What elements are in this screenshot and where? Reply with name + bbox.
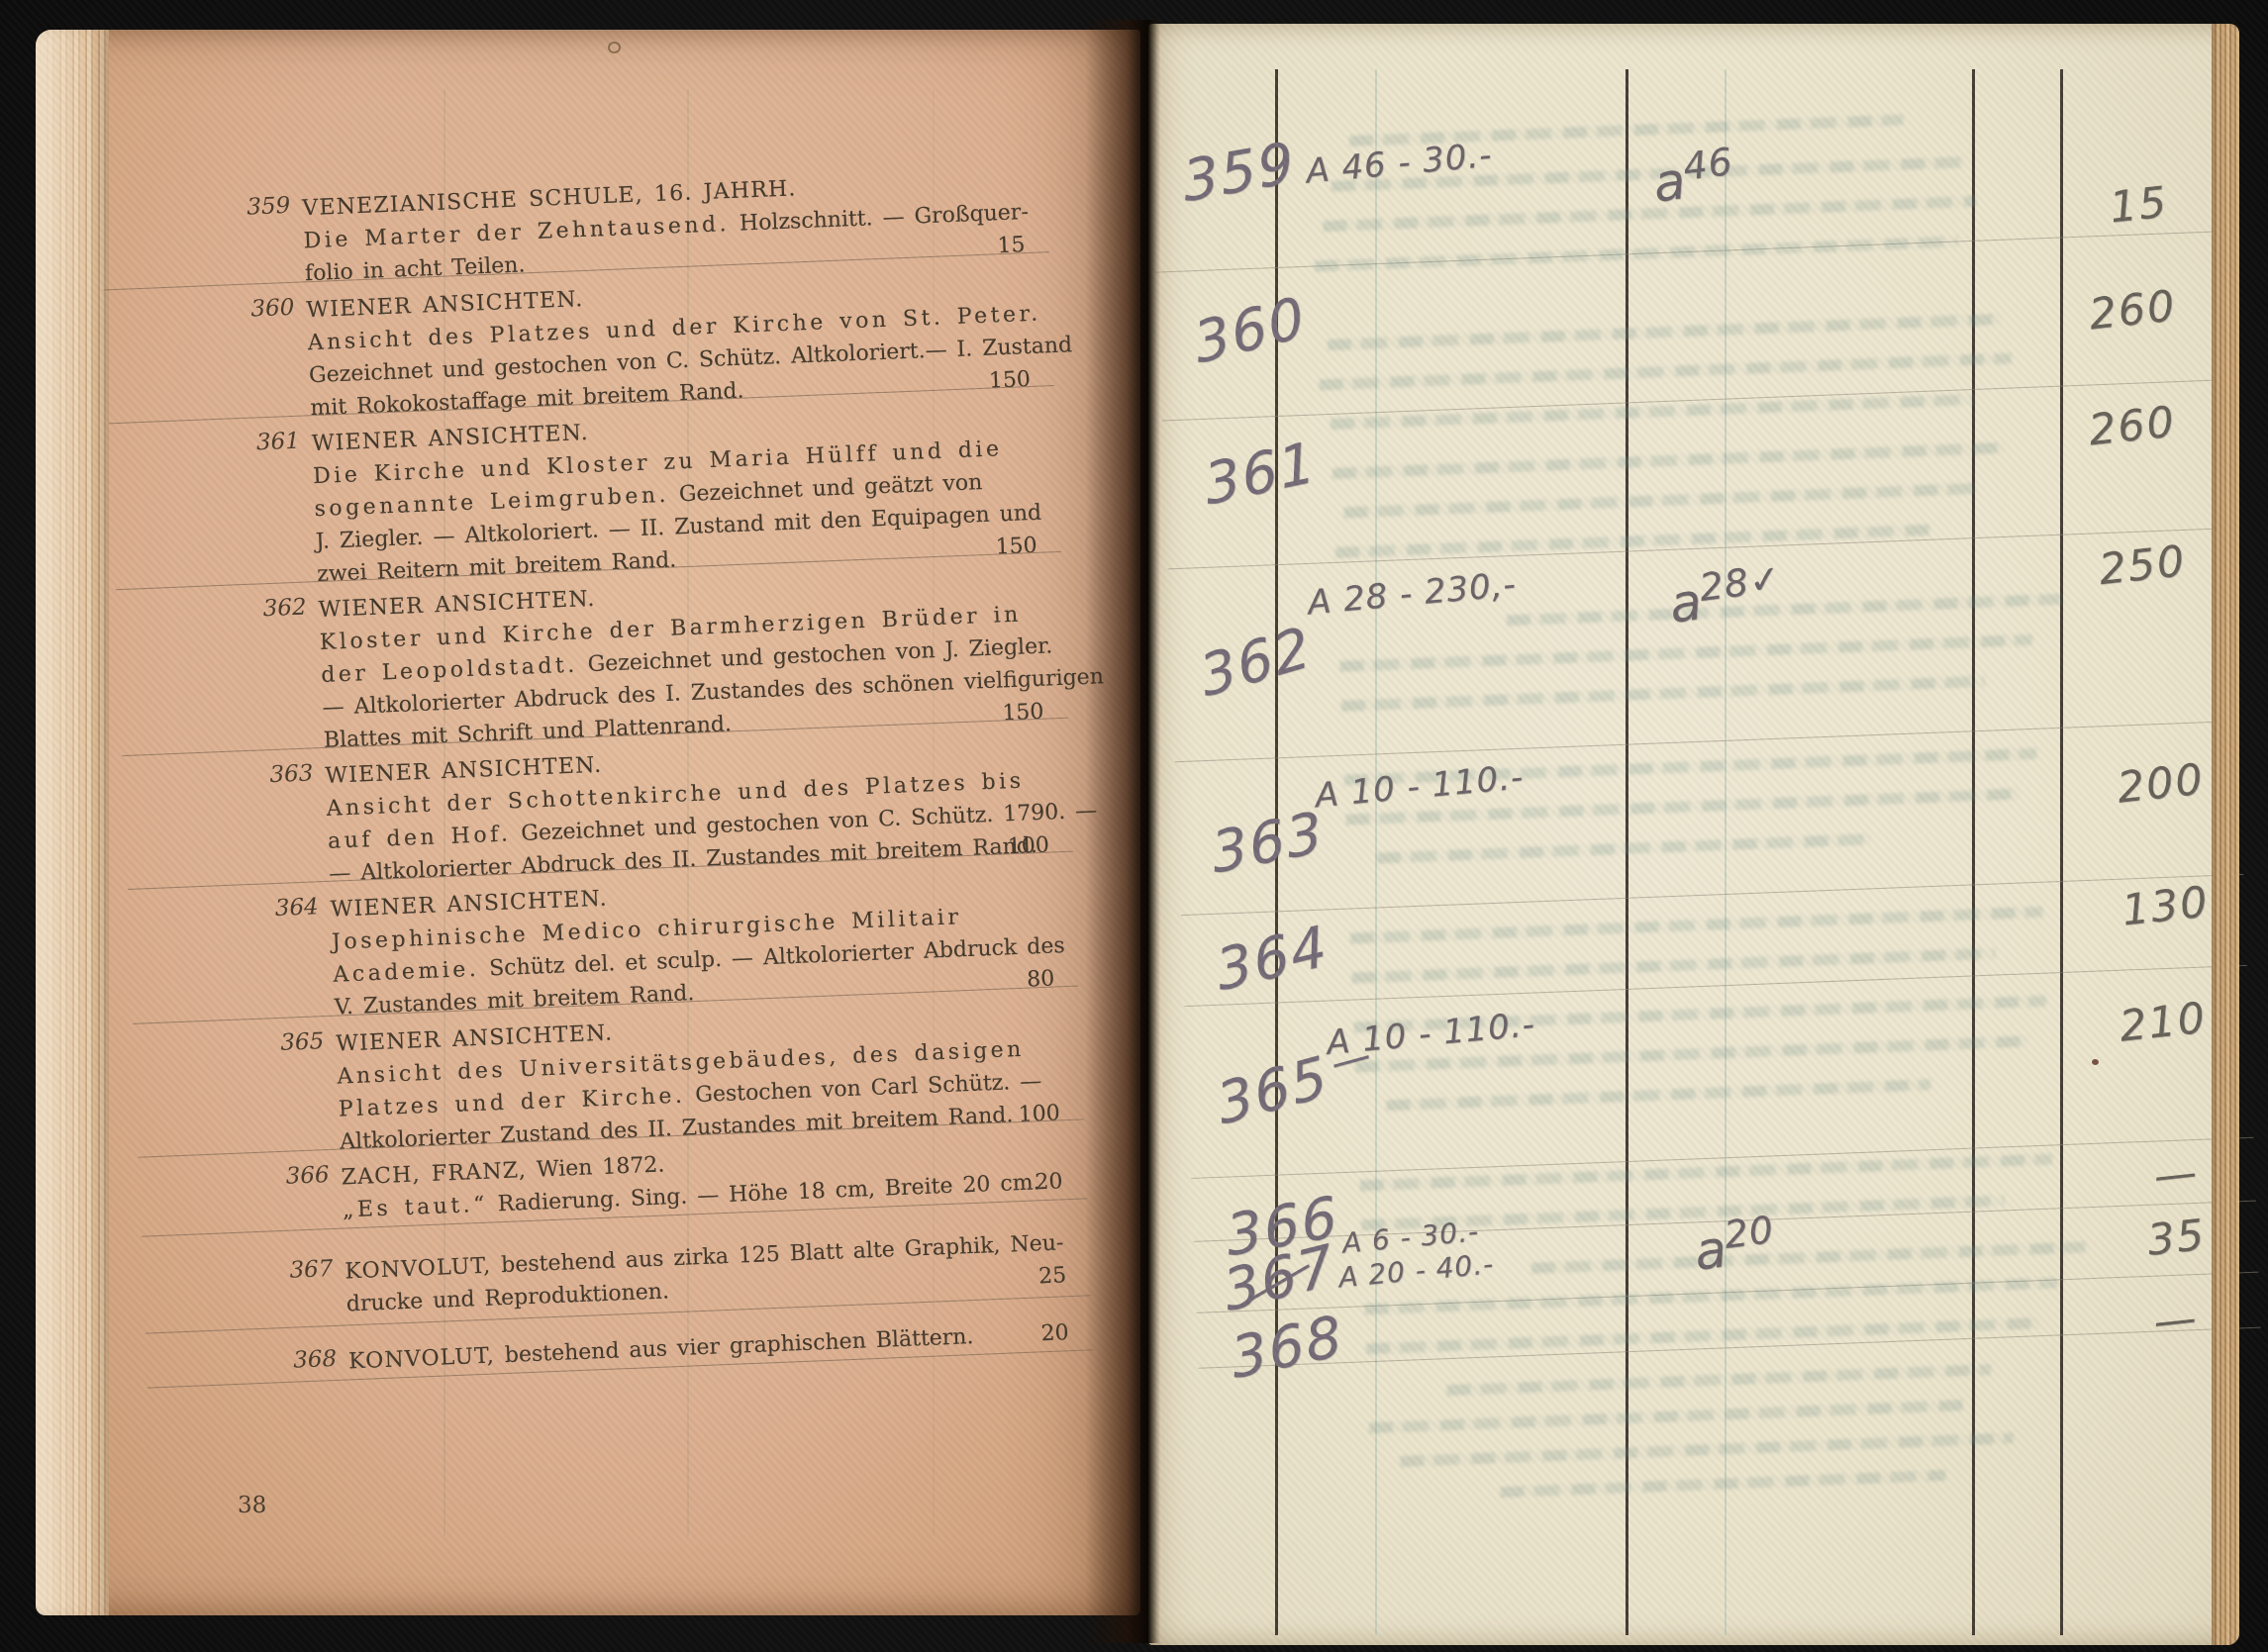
right-page: 359A 46 - 30.-a4615360260361260362A 28 -…: [1148, 24, 2239, 1645]
entry-body-text: „Es taut.“: [343, 1193, 489, 1223]
entry-price: 150: [988, 363, 1031, 398]
bleed-through-text: [1331, 394, 1974, 430]
bleed-through-text: [1332, 442, 2006, 479]
handwritten-superscript-number: 28: [1697, 560, 1751, 610]
handwritten-abbreviation: a46: [1649, 140, 1738, 215]
ledger-row-line: [1185, 965, 2247, 1007]
handwritten-checkmark: ✓: [1746, 556, 1784, 604]
lot-number: 362: [197, 595, 307, 625]
bleed-through-text: [1350, 907, 2043, 944]
entry-text-block: KONVOLUT, bestehend aus zirka 125 Blatt …: [345, 1226, 1063, 1320]
bleed-through-text: [1339, 634, 2032, 672]
entry-price: 20: [1035, 1165, 1063, 1199]
page-number: 38: [238, 1493, 266, 1518]
bleed-through-text: [1315, 237, 1958, 272]
bleed-through-text: [1319, 353, 2012, 391]
handwritten-price: —: [2151, 1294, 2201, 1348]
entry-text-line: KONVOLUT, bestehend aus vier graphischen…: [348, 1316, 1066, 1378]
entry-body-text: auf den Hof.: [328, 822, 512, 853]
handwritten-price: 260: [2086, 397, 2178, 455]
entry-text-block: WIENER ANSICHTEN.Die Kirche und Kloster …: [311, 399, 1034, 591]
handwritten-price: 35: [2145, 1211, 2209, 1266]
handwritten-price: 200: [2115, 754, 2207, 813]
book-photo: 359VENEZIANISCHE SCHULE, 16. JAHRH.Die M…: [0, 0, 2268, 1652]
handwritten-price: —: [2151, 1147, 2201, 1202]
handwritten-lot-number-text: 360: [1189, 284, 1311, 376]
lot-number: 366: [220, 1162, 330, 1192]
handwritten-lot-number: 359: [1180, 130, 1299, 215]
bleed-through-text: [1531, 1241, 2086, 1273]
handwritten-annotation: A 10 - 110.-: [1325, 1005, 1536, 1063]
entry-heading-text: KONVOLUT,: [348, 1343, 496, 1374]
entry-price: 15: [997, 229, 1026, 262]
handwritten-lot-number-text: 359: [1180, 130, 1299, 215]
handwritten-lot-number: 361: [1201, 430, 1322, 519]
entry-price: 100: [1018, 1097, 1060, 1131]
entry-heading-text: KONVOLUT,: [345, 1254, 492, 1285]
right-page-deckle-edge: [2212, 24, 2239, 1645]
handwritten-lot-number: 363: [1208, 800, 1328, 887]
entry-price: 150: [1002, 696, 1044, 730]
handwritten-annotation: A 28 - 230,-: [1306, 564, 1518, 623]
ink-dot: [2092, 1059, 2099, 1065]
entry-price: 20: [1040, 1316, 1069, 1350]
bleed-through-text: [1343, 483, 1977, 519]
catalog-entry: 367KONVOLUT, bestehend aus zirka 125 Bla…: [85, 1221, 1192, 1331]
handwritten-price: 210: [2118, 994, 2210, 1052]
entry-body-text: folio in acht Teilen.: [305, 252, 526, 286]
entry-body-text: bestehend aus vier graphischen Blättern.: [494, 1324, 974, 1368]
lot-number: 364: [209, 894, 319, 923]
lot-number: 363: [204, 760, 314, 790]
bleed-through-text: [1369, 1400, 1963, 1433]
entry-text-block: WIENER ANSICHTEN.Kloster und Kirche der …: [318, 565, 1040, 757]
bleed-through-text: [1335, 525, 1929, 558]
lot-number: 365: [215, 1028, 325, 1058]
handwritten-lot-number-text: 364: [1212, 914, 1332, 1005]
handwritten-lot-number-text: 363: [1208, 800, 1328, 887]
bleed-through-text: [1446, 1364, 1991, 1396]
handwritten-lot-number-text: 362: [1195, 615, 1318, 711]
handwritten-lot-number: 364: [1212, 914, 1332, 1005]
handwritten-annotation: A 10 - 110.-: [1314, 757, 1526, 816]
entry-price: 80: [1027, 962, 1055, 996]
bleed-through-text: [1328, 314, 2001, 350]
lot-number: 368: [228, 1346, 338, 1376]
left-page: 359VENEZIANISCHE SCHULE, 16. JAHRH.Die M…: [36, 30, 1140, 1615]
bleed-through-text: [1364, 1277, 2057, 1314]
lot-number: 359: [181, 193, 291, 223]
entry-text-block: KONVOLUT, bestehend aus vier graphischen…: [348, 1316, 1066, 1378]
bleed-through-text: [1341, 676, 1985, 712]
bleed-through-text: [1500, 1470, 1945, 1498]
handwritten-abbreviation: a20: [1690, 1208, 1779, 1283]
handwritten-lot-number-text: 365: [1212, 1044, 1334, 1138]
entry-price: 25: [1038, 1259, 1067, 1293]
bleed-through-text: [1359, 1154, 2052, 1192]
entry-price: 150: [995, 530, 1037, 564]
handwritten-lot-number-text: 361: [1201, 430, 1322, 519]
lot-number: 360: [185, 295, 295, 325]
handwritten-price: 260: [2087, 281, 2179, 340]
entry-body-text: Wien 1872.: [527, 1152, 665, 1183]
handwritten-abbreviation: a28✓: [1665, 556, 1786, 635]
lot-number: 367: [224, 1256, 334, 1286]
handwritten-superscript-number: 46: [1681, 140, 1735, 189]
handwritten-price: 15: [2108, 177, 2171, 233]
bleed-through-text: [1377, 833, 1872, 863]
entry-heading-text: ZACH, FRANZ,: [341, 1158, 527, 1191]
ledger-row-line: [1181, 874, 2243, 916]
handwritten-price: 250: [2097, 536, 2189, 595]
handwritten-lot-number: 362: [1195, 615, 1318, 711]
entry-body-text: Academie.: [333, 957, 480, 988]
lot-number: 361: [190, 429, 300, 458]
ledger-row-line: [1175, 721, 2237, 762]
handwritten-price: 130: [2120, 877, 2212, 935]
handwritten-superscript-number: 20: [1722, 1208, 1776, 1257]
bleed-through-text: [1400, 1432, 2014, 1467]
handwritten-lot-number: 360: [1189, 284, 1311, 376]
entry-price: 100: [1007, 829, 1049, 864]
bleed-through-text: [1323, 196, 1976, 232]
bleed-through-text: [1386, 1079, 1930, 1111]
